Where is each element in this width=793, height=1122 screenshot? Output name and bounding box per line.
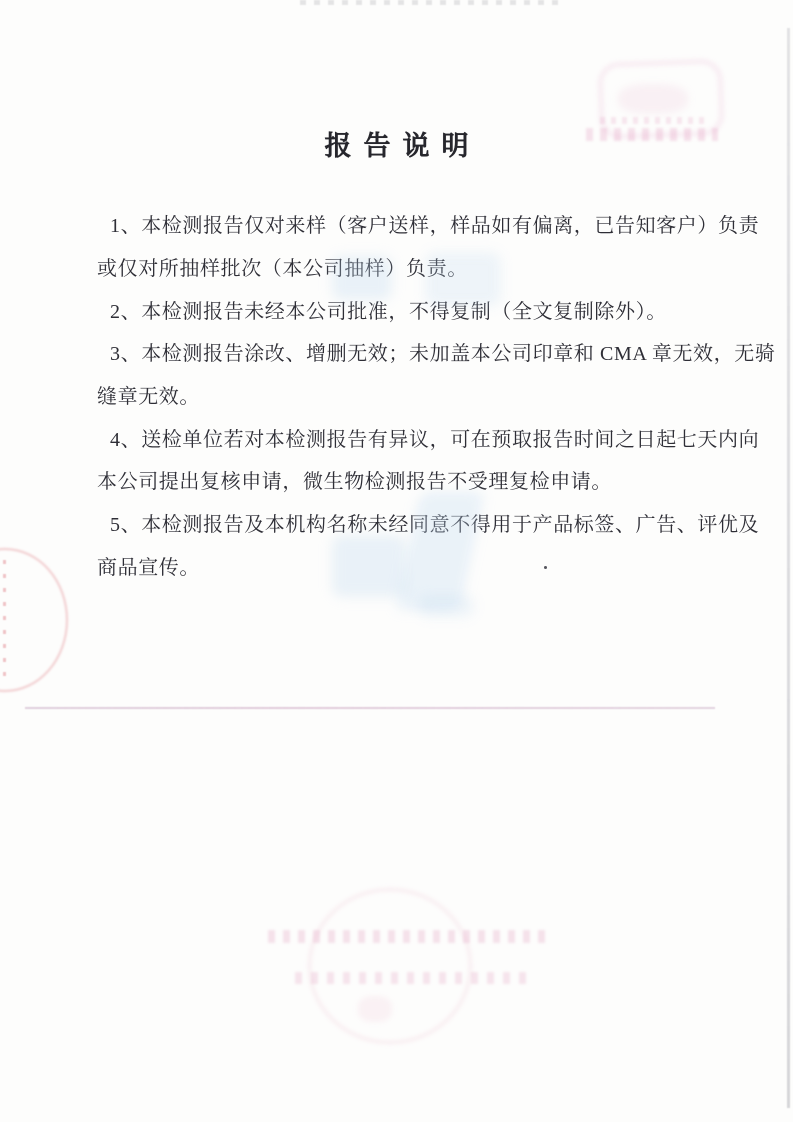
note-3-line-2: 缝章无效。 [97, 384, 200, 410]
stamp-arc-left-edge-dots [3, 560, 6, 680]
watermark-blue-blob-3 [332, 535, 406, 597]
note-2-line-1: 2、本检测报告未经本公司批准，不得复制（全文复制除外）。 [110, 299, 667, 325]
divider-line [25, 707, 715, 709]
watermark-blue-blob-4 [395, 492, 484, 610]
note-5-line-2: 商品宣传。 [97, 555, 200, 581]
stamp-bleedthrough-top-right-dashes [600, 117, 708, 124]
stamp-bleedthrough-bottom-text-1 [268, 930, 548, 943]
note-5-line-1: 5、本检测报告及本机构名称未经同意不得用于产品标签、广告、评优及 [110, 512, 759, 538]
stamp-arc-left-edge [0, 548, 68, 692]
page-title: 报告说明 [0, 124, 793, 163]
report-notes-page: 报告说明 1、本检测报告仅对来样（客户送样，样品如有偏离，已告知客户）负责 或仅… [0, 0, 793, 1122]
note-4-line-2: 本公司提出复核申请，微生物检测报告不受理复检申请。 [97, 469, 612, 495]
stamp-bleedthrough-bottom-inner [358, 996, 392, 1022]
note-4-line-1: 4、送检单位若对本检测报告有异议，可在预取报告时间之日起七天内向 [110, 427, 759, 453]
note-3-line-1: 3、本检测报告涂改、增删无效；未加盖本公司印章和 CMA 章无效，无骑 [110, 341, 775, 367]
watermark-blue-blob-5 [418, 595, 474, 617]
stray-ink-dot [544, 566, 547, 569]
stamp-bleedthrough-bottom-text-2 [295, 972, 535, 984]
note-1-line-1: 1、本检测报告仅对来样（客户送样，样品如有偏离，已告知客户）负责 [110, 213, 759, 239]
stamp-bleedthrough-bottom-circle [308, 888, 472, 1044]
scan-edge-shadow-right [787, 28, 790, 1108]
stamp-bleedthrough-top-right-inner [618, 84, 688, 114]
scan-edge-specks-top [300, 0, 560, 5]
note-1-line-2: 或仅对所抽样批次（本公司抽样）负责。 [97, 256, 468, 282]
